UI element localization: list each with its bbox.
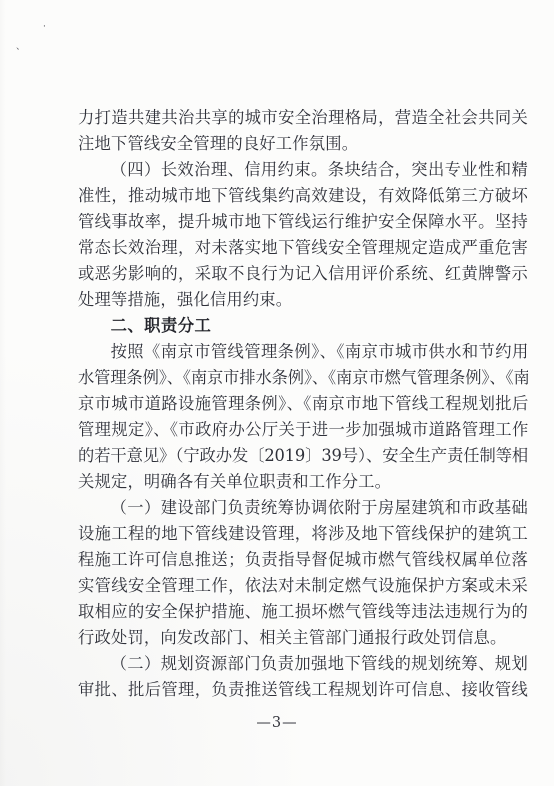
doc-line: 力打造共建共治共享的城市安全治理格局，营造全社会共同关 xyxy=(78,105,528,131)
section-heading: 二、职责分工 xyxy=(78,313,528,339)
doc-line: 设施工程的地下管线建设管理，将涉及地下管线保护的建筑工 xyxy=(78,521,528,547)
doc-line: 常态长效治理，对未落实地下管线安全管理规定造成严重危害 xyxy=(78,235,528,261)
doc-line: 取相应的安全保护措施、施工损坏燃气管线等违法违规行为的 xyxy=(78,599,528,625)
doc-line: 管理规定》、《市政府办公厅关于进一步加强城市道路管理工作 xyxy=(78,417,528,443)
page-number: —3— xyxy=(0,712,554,734)
doc-line: 处理等措施，强化信用约束。 xyxy=(78,287,528,313)
doc-line: 程施工许可信息推送；负责指导督促城市燃气管线权属单位落 xyxy=(78,547,528,573)
doc-line: 关规定，明确各有关单位职责和工作分工。 xyxy=(78,469,528,495)
doc-line: （一）建设部门负责统筹协调依附于房屋建筑和市政基础 xyxy=(78,495,528,521)
doc-line: 管线事故率，提升城市地下管线运行维护安全保障水平。坚持 xyxy=(78,209,528,235)
doc-line: 审批、批后管理，负责推送管线工程规划许可信息、接收管线 xyxy=(78,677,528,703)
doc-line: （二）规划资源部门负责加强地下管线的规划统筹、规划 xyxy=(78,651,528,677)
doc-line: 行政处罚，向发改部门、相关主管部门通报行政处罚信息。 xyxy=(78,625,528,651)
doc-line: 水管理条例》、《南京市排水条例》、《南京市燃气管理条例》、《南 xyxy=(78,365,528,391)
scanned-page: · 、 力打造共建共治共享的城市安全治理格局，营造全社会共同关注地下管线安全管理… xyxy=(0,0,554,786)
doc-line: 按照《南京市管线管理条例》、《南京市城市供水和节约用 xyxy=(78,339,528,365)
doc-line: 京市城市道路设施管理条例》、《南京市地下管线工程规划批后 xyxy=(78,391,528,417)
doc-line: 实管线安全管理工作，依法对未制定燃气设施保护方案或未采 xyxy=(78,573,528,599)
doc-line: （四）长效治理、信用约束。条块结合，突出专业性和精 xyxy=(78,157,528,183)
scan-speck-top: · xyxy=(43,24,46,30)
document-body: 力打造共建共治共享的城市安全治理格局，营造全社会共同关注地下管线安全管理的良好工… xyxy=(78,105,528,703)
doc-line: 的若干意见》（宁政办发〔2019〕39号）、安全生产责任制等相 xyxy=(78,443,528,469)
doc-line: 或恶劣影响的，采取不良行为记入信用评价系统、红黄牌警示 xyxy=(78,261,528,287)
scan-speck-left: 、 xyxy=(16,44,25,50)
doc-line: 注地下管线安全管理的良好工作氛围。 xyxy=(78,131,528,157)
doc-line: 准性，推动城市地下管线集约高效建设，有效降低第三方破坏 xyxy=(78,183,528,209)
